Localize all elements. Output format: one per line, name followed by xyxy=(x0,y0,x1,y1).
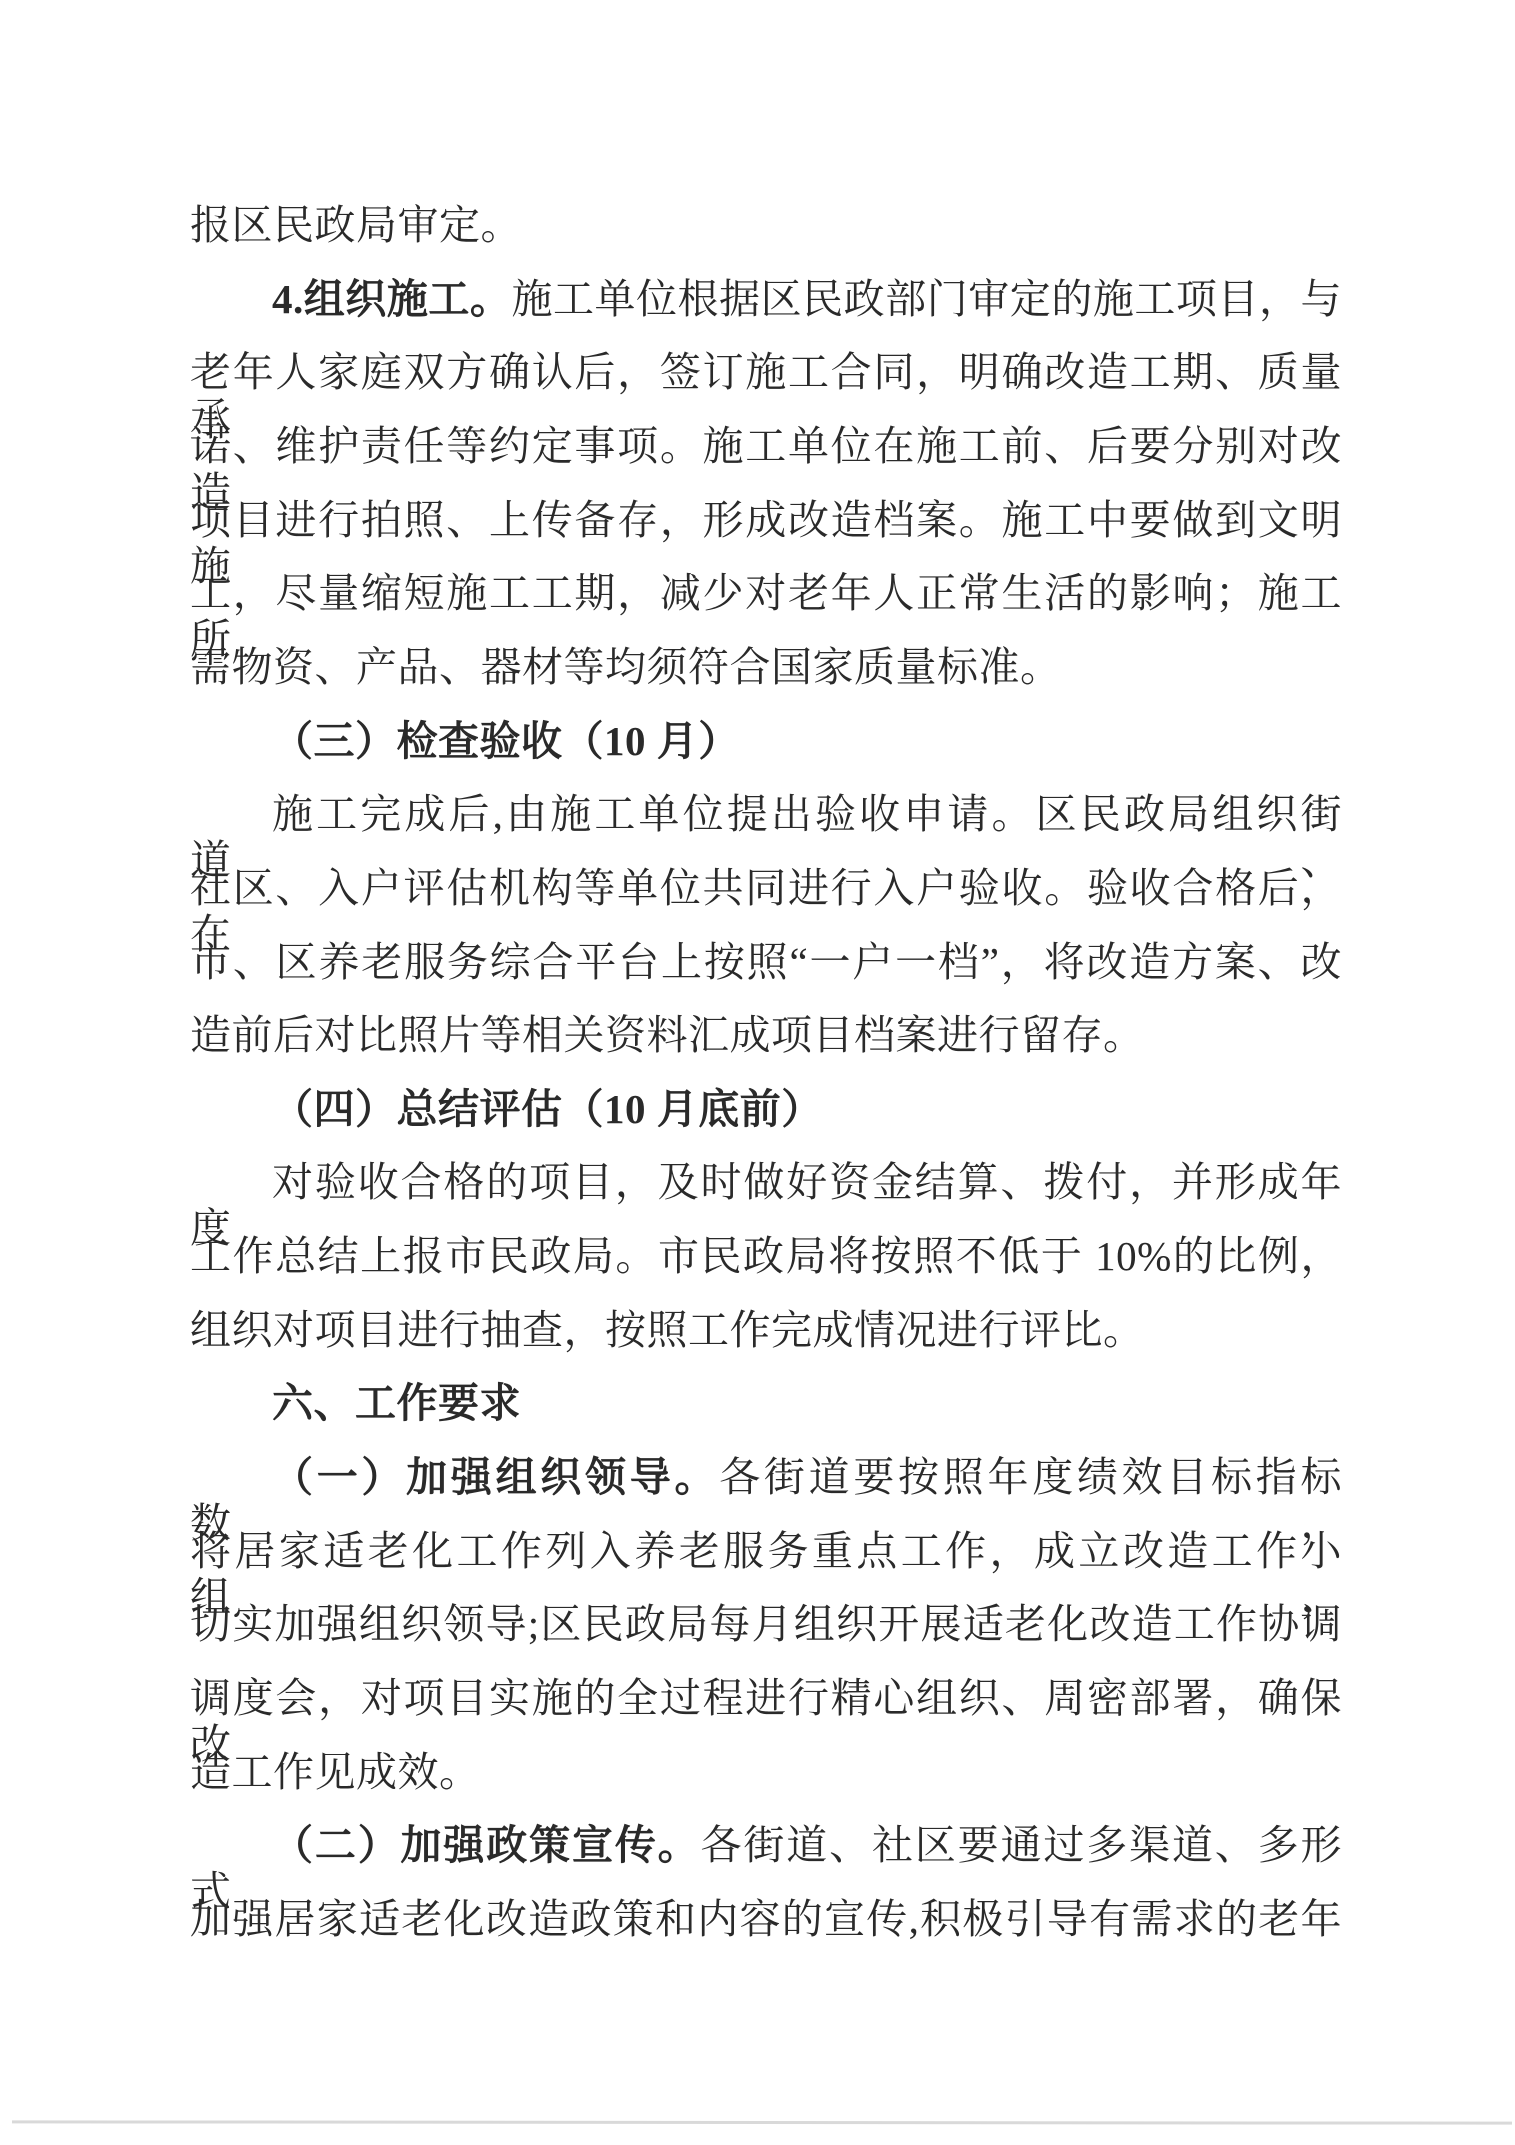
text-line: 将居家适老化工作列入养老服务重点工作，成立改造工作小组， xyxy=(190,1528,1342,1578)
text-segment: 造前后对比照片等相关资料汇成项目档案进行留存。 xyxy=(190,1012,1145,1058)
text-segment-bold: 4.组织施工。 xyxy=(272,276,511,322)
text-segment: 需物资、产品、器材等均须符合国家质量标准。 xyxy=(190,644,1062,690)
text-line: 加强居家适老化改造政策和内容的宣传,积极引导有需求的老年 xyxy=(190,1896,1342,1946)
text-line: 施工完成后,由施工单位提出验收申请。区民政局组织街道、 xyxy=(190,791,1342,841)
text-line: 造前后对比照片等相关资料汇成项目档案进行留存。 xyxy=(190,1012,1342,1062)
text-segment: 造工作见成效。 xyxy=(190,1749,481,1795)
text-line: 工，尽量缩短施工工期，减少对老年人正常生活的影响；施工所 xyxy=(190,570,1342,620)
text-line: 切实加强组织领导;区民政局每月组织开展适老化改造工作协调 xyxy=(190,1601,1342,1651)
text-segment-bold: （三）检查验收（10 月） xyxy=(272,718,740,764)
text-segment: 施工单位根据区民政部门审定的施工项目，与 xyxy=(511,276,1342,322)
document-page: 报区民政局审定。4.组织施工。施工单位根据区民政部门审定的施工项目，与老年人家庭… xyxy=(0,0,1515,2145)
text-line: （一）加强组织领导。各街道要按照年度绩效目标指标数， xyxy=(190,1454,1342,1504)
text-segment: 工作总结上报市民政局。市民政局将按照不低于 10%的比例， xyxy=(190,1233,1342,1279)
text-line: 老年人家庭双方确认后，签订施工合同，明确改造工期、质量承 xyxy=(190,349,1342,399)
text-line: 项目进行拍照、上传备存，形成改造档案。施工中要做到文明施 xyxy=(190,497,1342,547)
text-line: 需物资、产品、器材等均须符合国家质量标准。 xyxy=(190,644,1342,694)
text-segment: 组织对项目进行抽查，按照工作完成情况进行评比。 xyxy=(190,1307,1145,1353)
text-line: 诺、维护责任等约定事项。施工单位在施工前、后要分别对改造 xyxy=(190,423,1342,473)
text-line: （四）总结评估（10 月底前） xyxy=(190,1086,1342,1136)
text-line: 调度会，对项目实施的全过程进行精心组织、周密部署，确保改 xyxy=(190,1675,1342,1725)
text-segment-bold: （二）加强政策宣传。 xyxy=(272,1822,701,1868)
text-line: 对验收合格的项目，及时做好资金结算、拨付，并形成年度 xyxy=(190,1159,1342,1209)
text-line: 社区、入户评估机构等单位共同进行入户验收。验收合格后，在 xyxy=(190,865,1342,915)
text-segment-bold: （四）总结评估（10 月底前） xyxy=(272,1086,823,1132)
text-line: 报区民政局审定。 xyxy=(190,202,1342,252)
text-line: 4.组织施工。施工单位根据区民政部门审定的施工项目，与 xyxy=(190,276,1342,326)
text-line: （三）检查验收（10 月） xyxy=(190,718,1342,768)
text-line: 组织对项目进行抽查，按照工作完成情况进行评比。 xyxy=(190,1307,1342,1357)
text-line: 市、区养老服务综合平台上按照“一户一档”，将改造方案、改 xyxy=(190,939,1342,989)
text-segment-bold: 六、工作要求 xyxy=(272,1380,521,1426)
text-segment: 加强居家适老化改造政策和内容的宣传,积极引导有需求的老年 xyxy=(190,1896,1342,1942)
text-segment: 切实加强组织领导;区民政局每月组织开展适老化改造工作协调 xyxy=(190,1601,1342,1647)
text-line: 造工作见成效。 xyxy=(190,1749,1342,1799)
text-segment: 市、区养老服务综合平台上按照“一户一档”，将改造方案、改 xyxy=(190,939,1342,985)
text-segment: 报区民政局审定。 xyxy=(190,202,522,248)
text-block: 报区民政局审定。4.组织施工。施工单位根据区民政部门审定的施工项目，与老年人家庭… xyxy=(0,0,1515,2145)
text-line: 工作总结上报市民政局。市民政局将按照不低于 10%的比例， xyxy=(190,1233,1342,1283)
text-line: （二）加强政策宣传。各街道、社区要通过多渠道、多形式 xyxy=(190,1822,1342,1872)
text-line: 六、工作要求 xyxy=(190,1380,1342,1430)
text-segment-bold: （一）加强组织领导。 xyxy=(272,1454,719,1500)
